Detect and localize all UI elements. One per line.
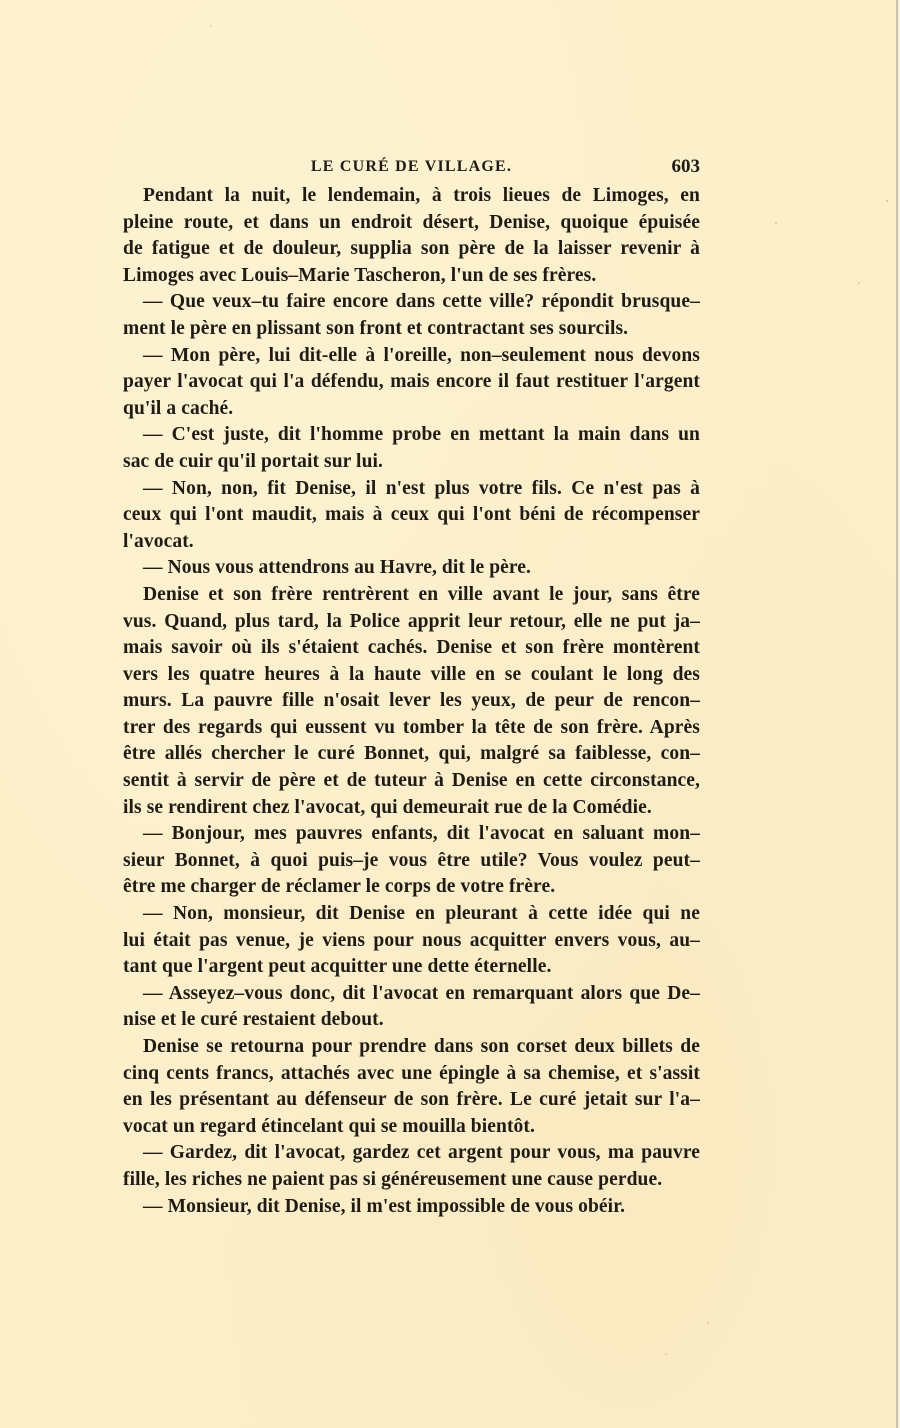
text-line: être me charger de réclamer le corps de …: [123, 874, 700, 901]
text-line: murs. La pauvre fille n'osait lever les …: [123, 688, 700, 715]
running-head: LE CURÉ DE VILLAGE. 603: [123, 156, 700, 180]
page-number: 603: [672, 156, 701, 178]
text-line: — Bonjour, mes pauvres enfants, dit l'av…: [123, 821, 700, 848]
text-line: l'avocat.: [123, 529, 700, 556]
text-line: mais savoir où ils s'étaient cachés. Den…: [123, 635, 700, 662]
text-line: sentit à servir de père et de tuteur à D…: [123, 768, 700, 795]
text-line: tant que l'argent peut acquitter une det…: [123, 954, 700, 981]
text-line: — Mon père, lui dit-elle à l'oreille, no…: [123, 343, 700, 370]
text-line: qu'il a caché.: [123, 396, 700, 423]
text-line: sac de cuir qu'il portait sur lui.: [123, 449, 700, 476]
text-line: fille, les riches ne paient pas si génér…: [123, 1167, 700, 1194]
paper-speck: [775, 222, 777, 224]
paper-speck: [210, 25, 212, 27]
text-line: — Nous vous attendrons au Havre, dit le …: [123, 555, 700, 582]
text-line: ment le père en plissant son front et co…: [123, 316, 700, 343]
text-line: payer l'avocat qui l'a défendu, mais enc…: [123, 369, 700, 396]
running-title: LE CURÉ DE VILLAGE.: [123, 158, 700, 176]
text-line: Pendant la nuit, le lendemain, à trois l…: [123, 183, 700, 210]
text-line: ceux qui l'ont maudit, mais à ceux qui l…: [123, 502, 700, 529]
paper-speck: [665, 1353, 667, 1355]
text-line: vus. Quand, plus tard, la Police apprit …: [123, 609, 700, 636]
text-line: — Non, monsieur, dit Denise en pleurant …: [123, 901, 700, 928]
paper-speck: [858, 282, 860, 284]
paper-speck: [707, 1322, 709, 1324]
text-line: Denise se retourna pour prendre dans son…: [123, 1034, 700, 1061]
text-line: vers les quatre heures à la haute ville …: [123, 662, 700, 689]
text-line: être allés chercher le curé Bonnet, qui,…: [123, 741, 700, 768]
text-line: Denise et son frère rentrèrent en ville …: [123, 582, 700, 609]
text-line: nise et le curé restaient debout.: [123, 1007, 700, 1034]
text-line: — Asseyez–vous donc, dit l'avocat en rem…: [123, 981, 700, 1008]
text-line: — Non, non, fit Denise, il n'est plus vo…: [123, 476, 700, 503]
text-line: — Monsieur, dit Denise, il m'est impossi…: [123, 1194, 700, 1221]
text-line: ils se rendirent chez l'avocat, qui deme…: [123, 795, 700, 822]
text-line: sieur Bonnet, à quoi puis–je vous être u…: [123, 848, 700, 875]
text-line: trer des regards qui eussent vu tomber l…: [123, 715, 700, 742]
text-line: pleine route, et dans un endroit désert,…: [123, 210, 700, 237]
book-page: LE CURÉ DE VILLAGE. 603 Pendant la nuit,…: [0, 0, 898, 1428]
text-line: vocat un regard étincelant qui se mouill…: [123, 1114, 700, 1141]
text-line: Limoges avec Louis–Marie Tascheron, l'un…: [123, 263, 700, 290]
paper-speck: [886, 200, 888, 202]
body-text: Pendant la nuit, le lendemain, à trois l…: [123, 183, 700, 1220]
text-line: de fatigue et de douleur, supplia son pè…: [123, 236, 700, 263]
text-line: — Gardez, dit l'avocat, gardez cet argen…: [123, 1140, 700, 1167]
text-line: — C'est juste, dit l'homme probe en mett…: [123, 422, 700, 449]
text-line: — Que veux–tu faire encore dans cette vi…: [123, 289, 700, 316]
text-line: lui était pas venue, je viens pour nous …: [123, 928, 700, 955]
text-line: cinq cents francs, attachés avec une épi…: [123, 1061, 700, 1088]
text-line: en les présentant au défenseur de son fr…: [123, 1087, 700, 1114]
